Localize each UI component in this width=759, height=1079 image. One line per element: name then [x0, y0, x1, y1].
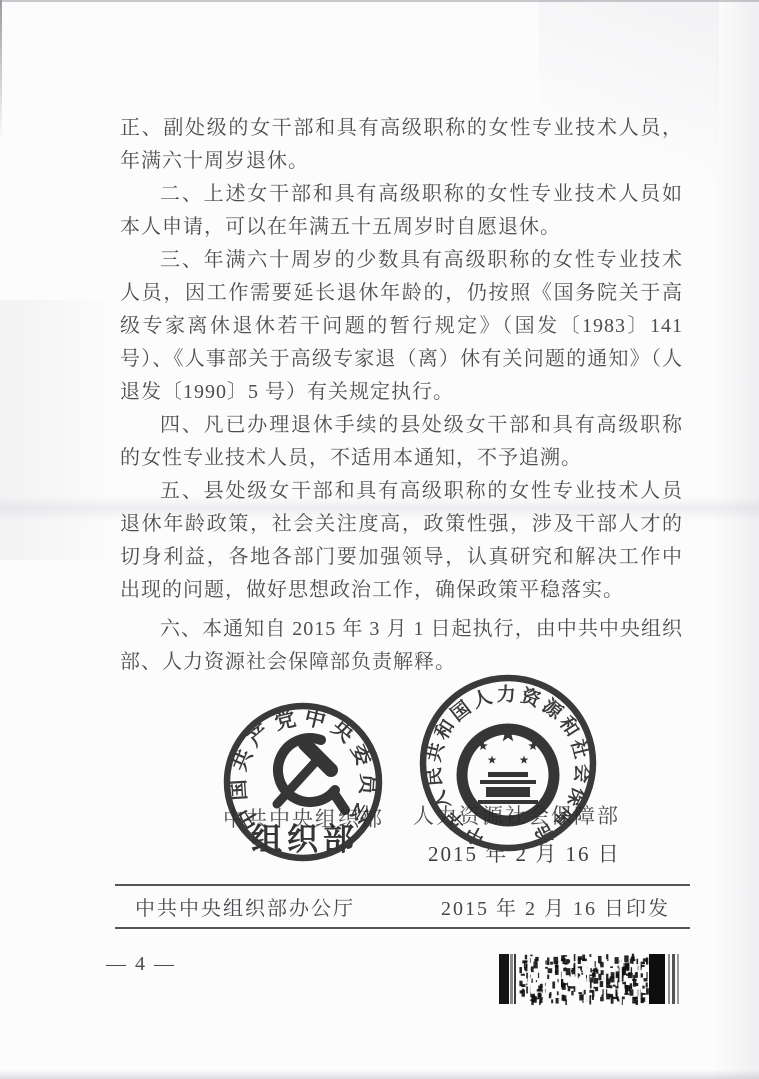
stamp-date: 2015 年 2 月 16 日: [428, 838, 621, 868]
paragraph-item-5: 五、县处级女干部和具有高级职称的女性专业技术人员退休年龄政策，社会关注度高，政策…: [120, 475, 683, 607]
page-number: — 4 —: [106, 953, 176, 976]
hammer-and-sickle-icon: [277, 738, 345, 810]
scan-shadow-right: [713, 0, 759, 1079]
barcode: [499, 953, 687, 1005]
seal-ministry-human-resources: 中华人民共和国人力资源和社会保障部: [417, 672, 599, 854]
paragraph-item-4: 四、凡已办理退休手续的县处级女干部和具有高级职称的女性专业技术人员，不适用本通知…: [120, 409, 683, 475]
paragraph-item-6: 六、本通知自 2015 年 3 月 1 日起执行，由中共中央组织部、人力资源社会…: [120, 613, 683, 679]
paragraph-item-2: 二、上述女干部和具有高级职称的女性专业技术人员如本人申请，可以在年满五十五周岁时…: [120, 178, 683, 244]
imprint-print-date: 2015 年 2 月 16 日印发: [441, 892, 670, 921]
scanned-document-page: 正、副处级的女干部和具有高级职称的女性专业技术人员，年满六十周岁退休。 二、上述…: [0, 0, 759, 1079]
imprint-footer: 中共中央组织部办公厅 2015 年 2 月 16 日印发: [115, 884, 690, 929]
national-emblem-icon: [462, 725, 554, 821]
document-body: 正、副处级的女干部和具有高级职称的女性专业技术人员，年满六十周岁退休。 二、上述…: [120, 112, 683, 679]
seal-bottom-text: 组织部: [251, 822, 359, 857]
scan-edge-left: [0, 0, 2, 140]
paragraph-continuation: 正、副处级的女干部和具有高级职称的女性专业技术人员，年满六十周岁退休。: [120, 112, 683, 178]
imprint-issuer: 中共中央组织部办公厅: [135, 892, 355, 921]
seal-cpc-organization-department: 中国共产党中央委员会 组织部: [221, 700, 385, 864]
scan-edge-bottom: [0, 1070, 759, 1079]
scan-shadow-left: [0, 300, 120, 560]
paragraph-item-3: 三、年满六十周岁的少数具有高级职称的女性专业技术人员，因工作需要延长退休年龄的，…: [120, 244, 683, 409]
